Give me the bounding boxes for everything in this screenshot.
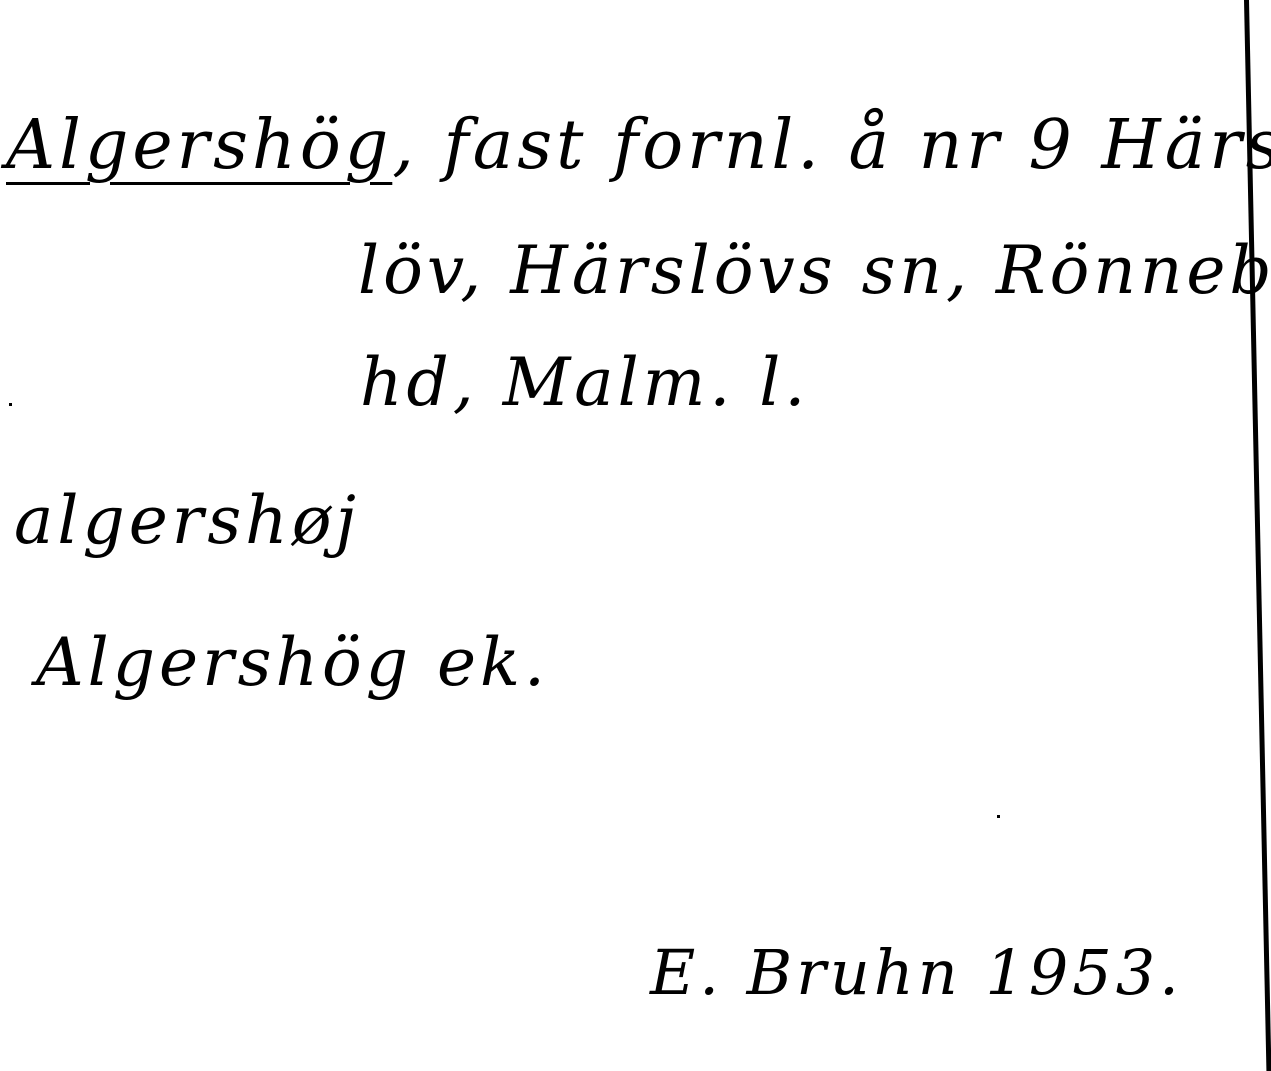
scan-speck — [9, 403, 12, 406]
entry-line-1: Algershög, fast fornl. å nr 9 Härs- — [6, 112, 1271, 180]
phonetic-transcription: algershøj — [14, 488, 360, 554]
scan-speck — [997, 815, 1000, 818]
signature: E. Bruhn 1953. — [650, 942, 1183, 1004]
entry-line-3: hd, Malm. l. — [360, 350, 809, 416]
signature-year: 1953. — [985, 936, 1183, 1009]
name-variant: Algershög ek. — [36, 630, 549, 696]
headword: Algershög — [6, 106, 392, 185]
entry-line-2: löv, Härslövs sn, Rönnebergs — [358, 238, 1271, 304]
entry-description-part-1: , fast fornl. å nr 9 Härs- — [392, 106, 1271, 185]
signature-name: E. Bruhn — [650, 936, 962, 1009]
archive-card: Algershög, fast fornl. å nr 9 Härs- löv,… — [0, 0, 1271, 1071]
